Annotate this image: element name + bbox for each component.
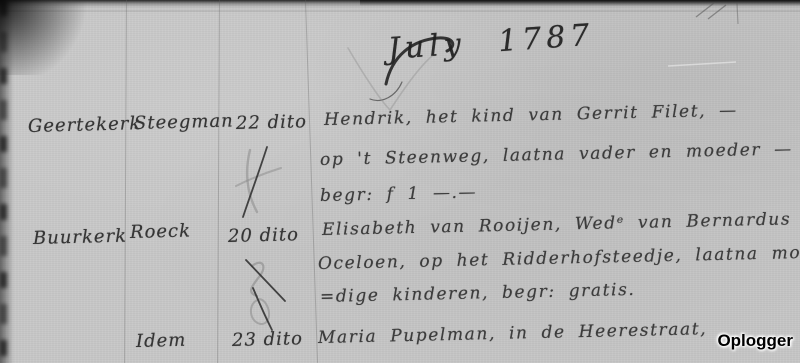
entry-church: Buurkerk (33, 226, 128, 249)
entry-text-line: begr: f 1 —.— (320, 182, 478, 206)
oplogger-watermark: Oplogger (717, 331, 793, 351)
white-scratch (668, 62, 736, 66)
entry-text-line: =dige kinderen, begr: gratis. (320, 280, 636, 307)
entry-name: Steegman (134, 110, 234, 134)
cross-mark-icon (251, 263, 263, 296)
cross-mark-icon (246, 260, 285, 301)
cross-mark-icon (236, 168, 281, 186)
entry-text-line: Elisabeth van Rooijen, Wedᵉ van Bernardu… (322, 209, 792, 240)
entry-date: 23 dito (232, 328, 304, 351)
entry-church: Geertekerk (28, 113, 142, 137)
entry-text-line: Maria Pupelman, in de Heerestraat, (318, 319, 708, 348)
page-top-shadow (0, 0, 800, 9)
column-rule-2 (217, 0, 220, 363)
entry-date: 20 dito (228, 224, 300, 247)
column-rule-3 (305, 0, 318, 363)
cross-mark-icon (253, 288, 272, 330)
scanned-register-page: July 1787 Geertekerk Steegman 22 dito He… (0, 0, 800, 363)
entry-text-line: op 't Steenweg, laatna vader en moeder — (320, 139, 793, 170)
entry-name: Roeck (130, 220, 192, 243)
cross-mark-icon (251, 299, 269, 324)
cross-mark-icon (247, 150, 257, 212)
entry-text-line: Hendrik, het kind van Gerrit Filet, — (324, 101, 738, 130)
paper-crease (0, 10, 800, 12)
month-header: July 1787 (387, 18, 596, 67)
column-rule-1 (124, 0, 127, 363)
corner-shadow (0, 0, 95, 75)
entry-name: Idem (136, 330, 187, 352)
cross-mark-icon (243, 147, 267, 217)
entry-text-line: Oceloen, op het Ridderhofsteedje, laatna… (318, 243, 800, 274)
flourish-descender (370, 82, 402, 100)
entry-date: 22 dito (236, 111, 308, 134)
